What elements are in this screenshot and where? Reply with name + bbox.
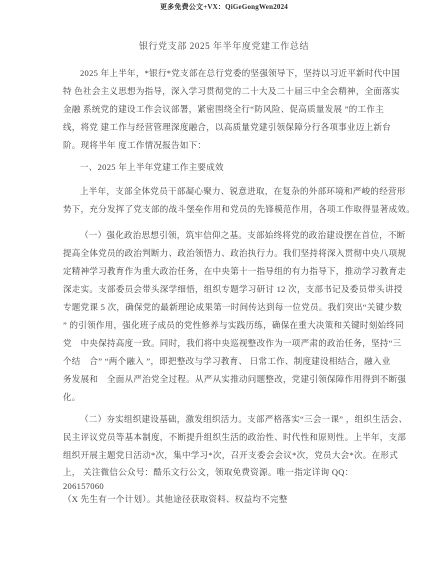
document-title: 银行党支部 2025 年半年度党建工作总结: [0, 39, 448, 52]
body-line: 线，将党 建工作与经营管理深度融合，以高质量党建引领保障分行各项事业迈上新台: [63, 118, 395, 136]
promo-header: 更多免费公文+VX：QiGeGongWen2024: [0, 2, 448, 12]
body-line: 势下，充分发挥了党支部的战斗堡垒作用和党员的先锋模范作用，各项工作取得显著成效。: [63, 200, 395, 218]
promo-inline-line: 上， 关注微信公众号：酷乐文行公文，领取免费资源。唯一指定详询 QQ：: [63, 464, 395, 480]
body-line: ” 的引领作用，强化班子成员的党性修养与实践历练，确保在重大决策和关键时刻始终同: [63, 316, 395, 334]
document-page: 更多免费公文+VX：QiGeGongWen2024 银行党支部 2025 年半年…: [0, 0, 448, 580]
body-line: 上半年，支部全体党员干部凝心聚力、锐意进取，在复杂的外部环境和严峻的经营形: [63, 182, 395, 200]
promo-qq-number: 206157060: [63, 480, 395, 493]
body-line: 阶。现将半年 度工作情况报告如下：: [63, 136, 395, 154]
body-line: 组织开展主题党日活动*次，集中学习*次，召开支委会会议*次，党员大会*次。在形式: [63, 446, 395, 464]
body-line: （一）强化政治思想引领，筑牢信仰之基。支部始终将党的政治建设摆在首位，不断: [63, 226, 395, 244]
body-line: 特 色社会主义思想为指导，深入学习贯彻党的二十大及二十届三中全会精神，全面落实: [63, 82, 395, 100]
body-line: 化。: [63, 388, 395, 406]
body-line: 提高全体党员的政治判断力、政治领悟力、政治执行力。我们坚持将深入贯彻中央八项规: [63, 244, 395, 262]
body-line: 专题党课 5 次，确保党的最新理论成果第一时间传达到每一位党员。我们突出“关键少…: [63, 298, 395, 316]
body-line: （二）夯实组织建设基础，激发组织活力。支部严格落实“三会一课” ，组织生活会、: [63, 410, 395, 428]
body-line: 定精神学习教育作为重大政治任务，在中央第十一指导组的有力指导下，推动学习教育走: [63, 262, 395, 280]
body-line: 金融 系统党的建设工作会议部署，紧密围绕全行“防风险、促高质量发展 ”的工作主: [63, 100, 395, 118]
body-line: 深走实。支部委员会带头深学细悟，组织专题学习研讨 12 次，支部书记及委员带头讲…: [63, 280, 395, 298]
body-line: 民主评议党员等基本制度，不断提升组织生活的政治性、时代性和原则性。上半年，支部: [63, 428, 395, 446]
section-heading: 一、2025 年上半年党建工作主要成效: [63, 158, 395, 176]
promo-note-line: （X 先生有一个计划）。其他途径获取资料、权益均不完整: [63, 493, 395, 506]
body-line: 个结 合” “两个融入 ”，即把整改与学习教育、 日常工作、制度建设相结合，融入…: [63, 352, 395, 370]
body-line: 务发展和 全面从严治党全过程。从严从实推动问题整改，党建引领保障作用得到不断强: [63, 370, 395, 388]
document-body: 2025 年上半年，*银行*党支部在总行党委的坚强领导下，坚持以习近平新时代中国…: [63, 60, 395, 506]
body-line: 党 中央保持高度一致。同时，我们将中央巡视整改作为一项严肃的政治任务，坚持“三: [63, 334, 395, 352]
body-line: 2025 年上半年，*银行*党支部在总行党委的坚强领导下，坚持以习近平新时代中国: [63, 64, 395, 82]
